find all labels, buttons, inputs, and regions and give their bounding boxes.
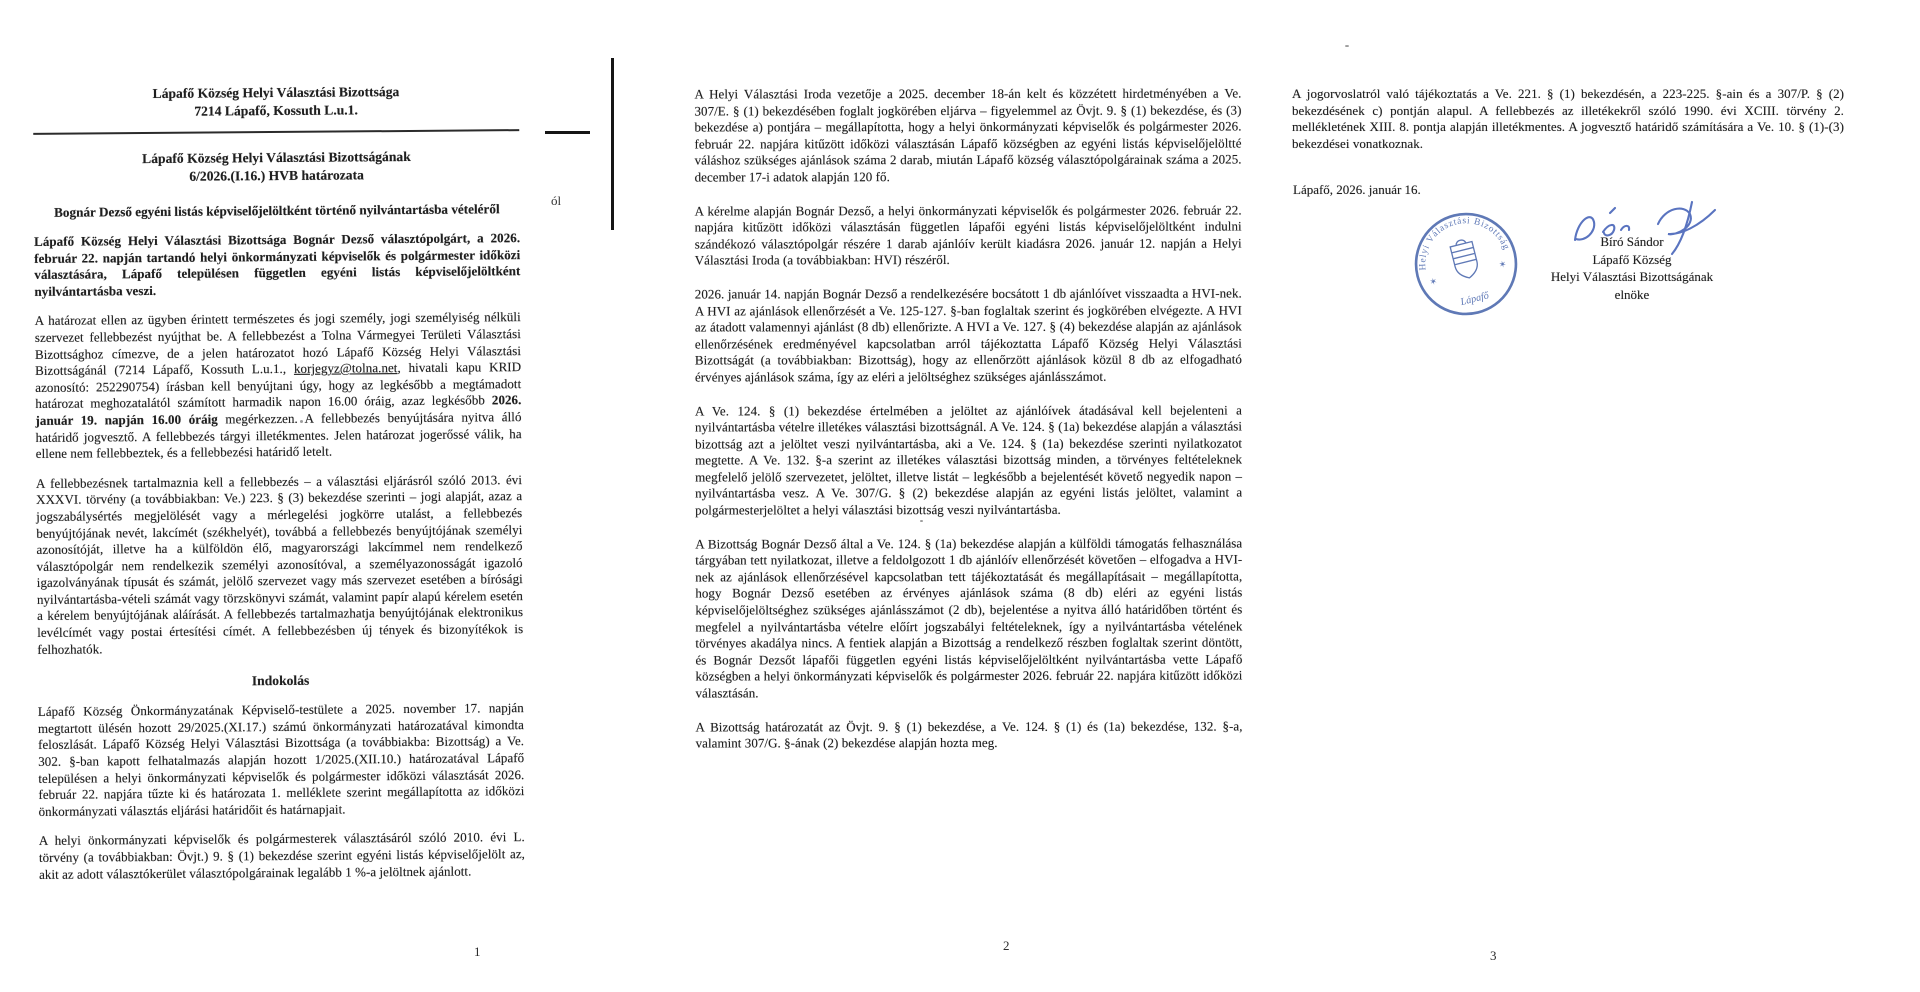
- decision-legal-basis-paragraph: A Bizottság határozatát az Övjt. 9. § (1…: [696, 718, 1243, 752]
- page-number-2: 2: [1003, 938, 1010, 954]
- page-number-3: 3: [1490, 948, 1497, 964]
- page-number-1: 1: [474, 944, 481, 960]
- committee-header-line2: 7214 Lápafő, Kossuth L.u.1.: [33, 100, 519, 122]
- hvi-announcement-paragraph: A Helyi Választási Iroda vezetője a 2025…: [694, 86, 1241, 187]
- scan-speck: [300, 420, 303, 423]
- stamp-graphic: Helyi Választási Bizottság ✶ ✶ Lápafő: [1402, 200, 1530, 328]
- decision-operative-paragraph: Lápafő Község Helyi Választási Bizottság…: [34, 230, 521, 300]
- indokolas-heading: Indokolás: [38, 671, 524, 691]
- signature-block: Bíró Sándor Lápafő Község Helyi Választá…: [1524, 233, 1740, 303]
- page-2: A Helyi Választási Iroda vezetője a 2025…: [694, 70, 1242, 753]
- page-3: A jogorvoslatról való tájékoztatás a Ve.…: [1292, 86, 1844, 152]
- signer-role: elnöke: [1524, 286, 1740, 304]
- official-round-stamp: Helyi Választási Bizottság ✶ ✶ Lápafő: [1402, 200, 1530, 328]
- stamp-coat-of-arms-icon: [1449, 238, 1480, 281]
- legal-remedy-paragraph: A jogorvoslatról való tájékoztatás a Ve.…: [1292, 86, 1844, 152]
- appeal-info-paragraph: A határozat ellen az ügyben érintett ter…: [35, 309, 522, 462]
- scan-edge-horizontal-dash: [545, 131, 590, 134]
- header-divider-rule: [33, 129, 519, 135]
- scan-speck: [1345, 45, 1349, 47]
- stamp-star-left-icon: ✶: [1428, 276, 1438, 288]
- decision-subject: Bognár Dezső egyéni listás képviselőjelö…: [34, 200, 520, 221]
- appeal-email-address: korjegyz@tolna.net: [294, 360, 398, 376]
- decision-title-line2: 6/2026.(I.16.) HVB határozata: [34, 165, 520, 187]
- page-1: Lápafő Község Helyi Választási Bizottság…: [33, 82, 525, 883]
- ballot-sheet-issue-paragraph: A kérelme alapján Bognár Dezső, a helyi …: [695, 202, 1242, 269]
- stamp-bottom-text: Lápafő: [1458, 290, 1491, 308]
- scanned-document-viewer: { "colors": { "ink": "#1f1f1f", "stamp_b…: [0, 0, 1920, 992]
- committee-findings-paragraph: A Bizottság Bognár Dezső által a Ve. 124…: [695, 535, 1242, 702]
- stamp-star-right-icon: ✶: [1498, 259, 1508, 271]
- signer-name: Bíró Sándor: [1524, 233, 1740, 251]
- ballot-sheet-return-paragraph: 2026. január 14. napján Bognár Dezső a r…: [695, 285, 1242, 386]
- indokolas-paragraph-2: A helyi önkormányzati képviselők és polg…: [39, 829, 525, 883]
- signer-municipality: Lápafő Község: [1524, 251, 1740, 269]
- scan-text-fragment: ól: [551, 193, 561, 209]
- scan-edge-vertical-line: [611, 58, 614, 230]
- appeal-requirements-paragraph: A fellebbezésnek tartalmaznia kell a fel…: [36, 472, 523, 658]
- place-and-date-line: Lápafő, 2026. január 16.: [1293, 182, 1421, 198]
- signer-committee: Helyi Választási Bizottságának: [1524, 268, 1740, 286]
- legal-basis-registration-paragraph: A Ve. 124. § (1) bekezdése értelmében a …: [695, 402, 1242, 519]
- indokolas-paragraph-1: Lápafő Község Önkormányzatának Képviselő…: [38, 700, 525, 820]
